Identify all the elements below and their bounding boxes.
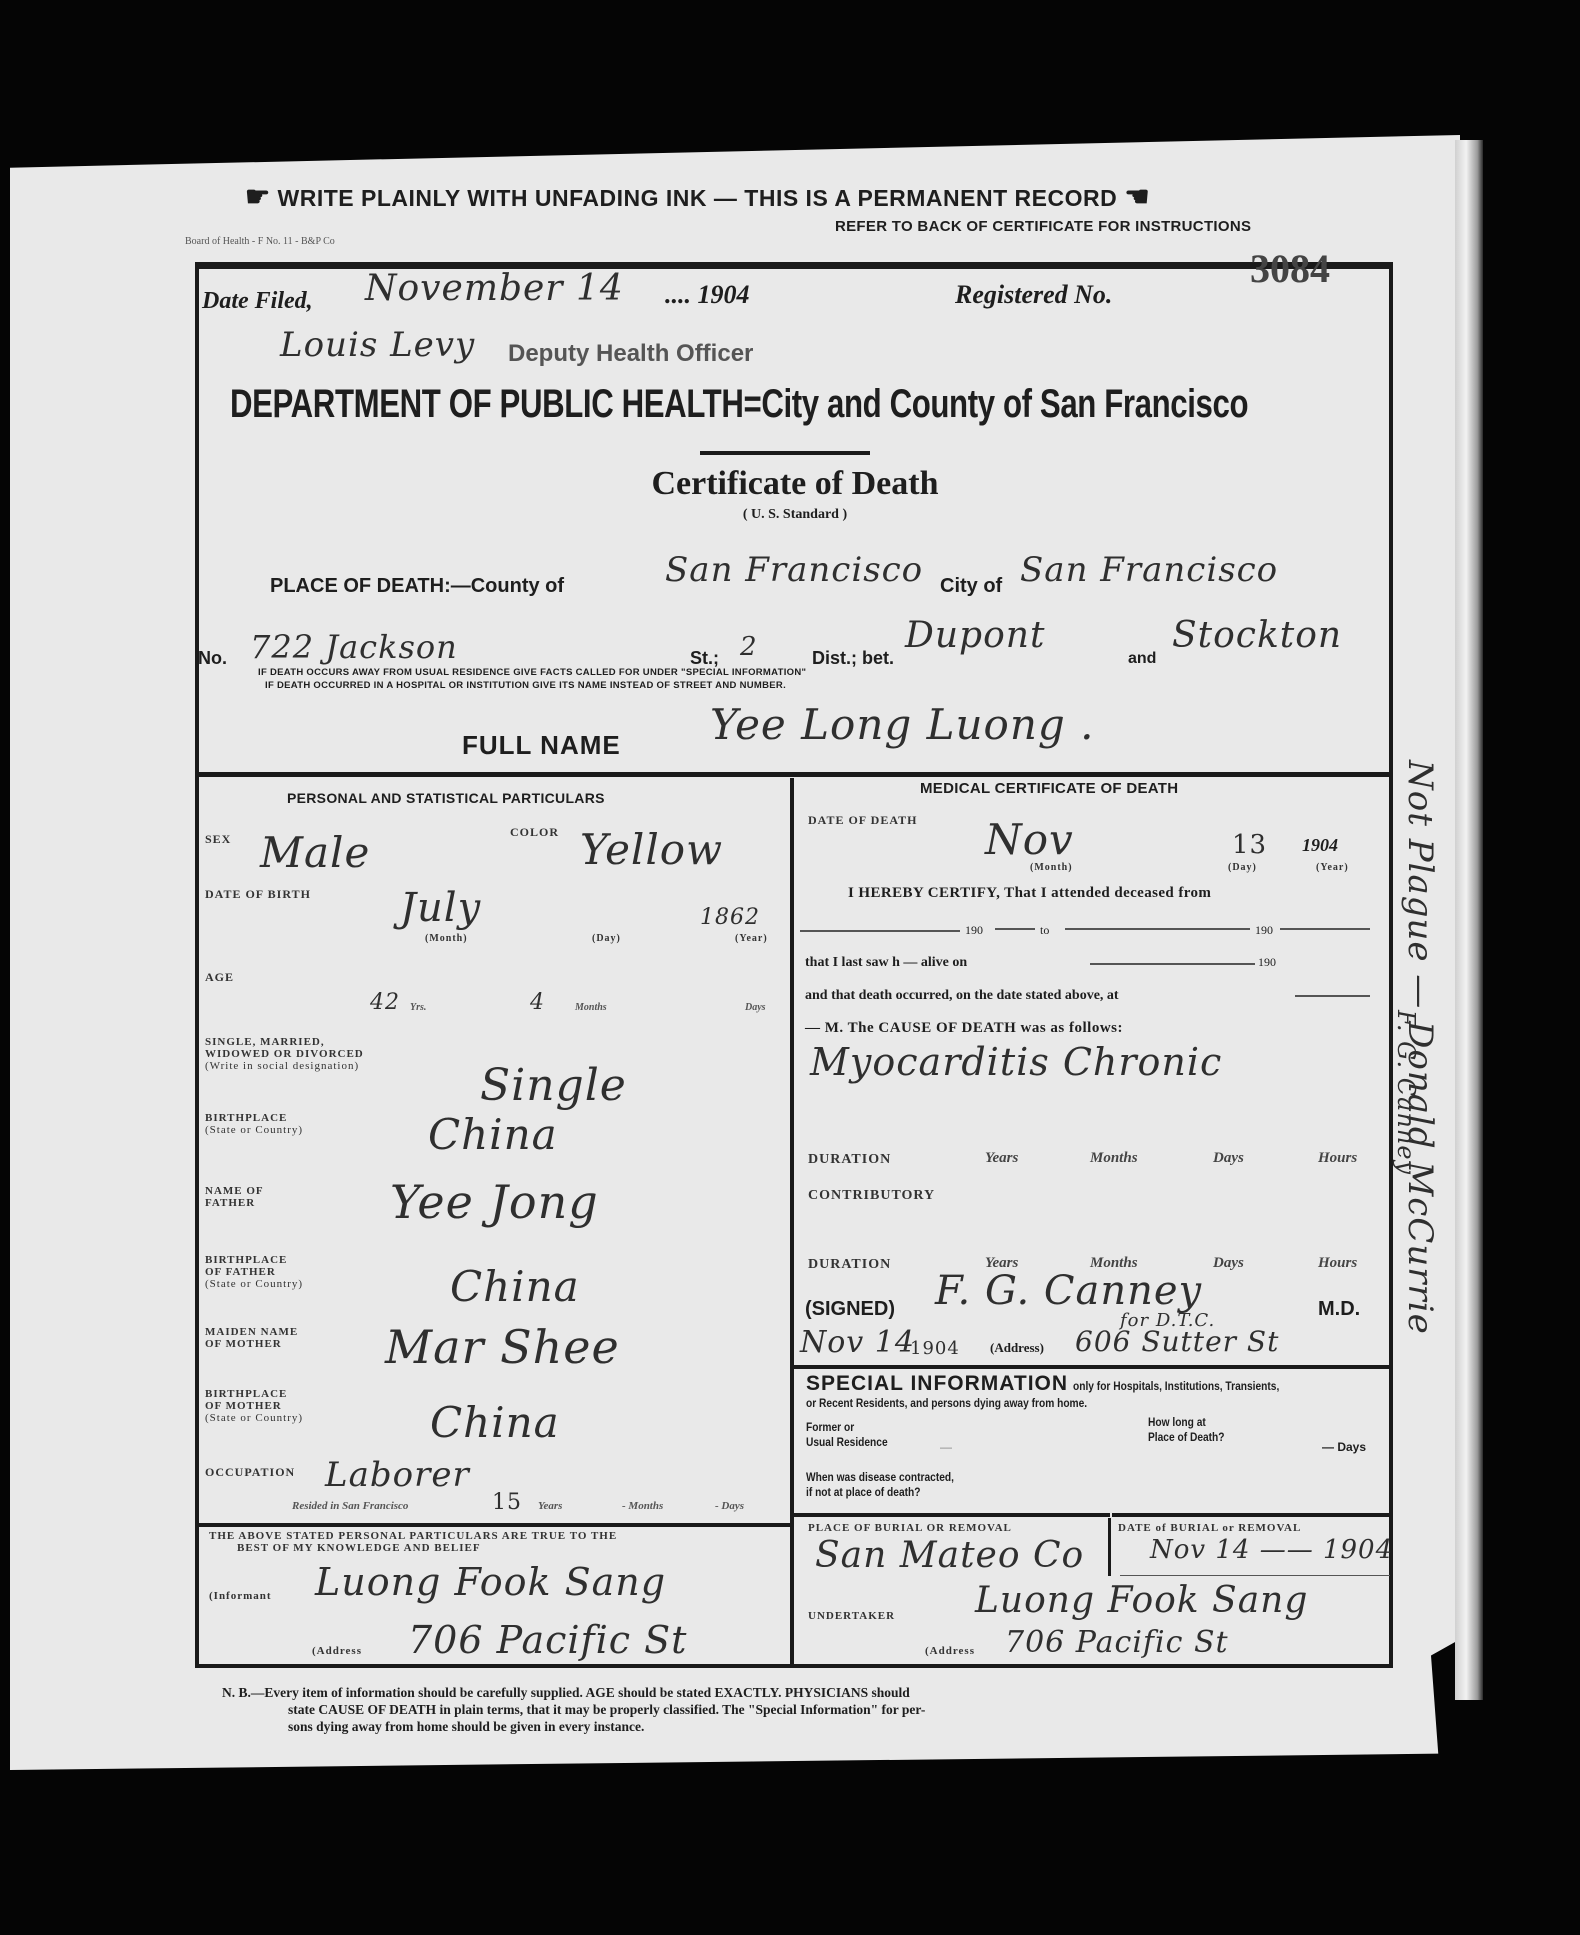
signed-year: 1904 — [910, 1338, 960, 1359]
dob-month-caption: (Month) — [425, 933, 468, 944]
place-of-death-label: PLACE OF DEATH:—County of — [270, 575, 564, 598]
birthplace-value: China — [428, 1110, 558, 1159]
certificate-title: Certificate of Death — [585, 465, 1005, 503]
nb-line: sons dying away from home should be give… — [222, 1718, 925, 1735]
contributory-label: CONTRIBUTORY — [808, 1188, 935, 1204]
date-filed-label: Date Filed, — [202, 288, 313, 315]
color-value: Yellow — [580, 825, 723, 874]
dod-year-caption: (Year) — [1316, 862, 1349, 873]
contributory-days: Days — [1213, 1255, 1244, 1272]
no-label: No. — [198, 648, 227, 669]
undertaker-value: Luong Fook Sang — [975, 1580, 1308, 1621]
mother-bp-label-line: BIRTHPLACE — [205, 1388, 303, 1400]
dob-year-caption: (Year) — [735, 933, 768, 944]
burial-divider — [1108, 1518, 1111, 1576]
marital-label-line: SINGLE, MARRIED, — [205, 1036, 364, 1048]
burial-date-value: Nov 14 —— 1904 — [1150, 1535, 1393, 1565]
age-months: 4 — [530, 990, 545, 1015]
department-name: DEPARTMENT OF PUBLIC HEALTH — [230, 382, 743, 426]
officer-title: Deputy Health Officer — [508, 340, 753, 368]
dod-month-caption: (Month) — [1030, 862, 1073, 873]
burial-date-line — [1120, 1575, 1390, 1576]
medical-heading: MEDICAL CERTIFICATE OF DEATH — [920, 780, 1178, 797]
personal-heading: PERSONAL AND STATISTICAL PARTICULARS — [287, 790, 605, 806]
father-label-line: FATHER — [205, 1197, 264, 1209]
officer-signature: Louis Levy — [280, 325, 475, 365]
dob-year: 1862 — [700, 905, 760, 930]
to-190: 190 — [1255, 923, 1273, 938]
father-bp-label-line: BIRTHPLACE — [205, 1254, 303, 1266]
between-street-1: Dupont — [905, 615, 1045, 656]
nb-footnote: N. B.—Every item of information should b… — [222, 1684, 925, 1735]
contributory-duration-label: DURATION — [808, 1257, 891, 1273]
mother-label-line: MAIDEN NAME — [205, 1326, 298, 1338]
from-to-line — [995, 928, 1035, 930]
mother-birthplace-value: China — [430, 1398, 560, 1447]
signed-label: (SIGNED) — [805, 1298, 895, 1321]
cause-label: — M. The CAUSE OF DEATH was as follows: — [805, 1020, 1123, 1037]
marital-label: SINGLE, MARRIED, WIDOWED OR DIVORCED (Wr… — [205, 1036, 364, 1072]
age-label: AGE — [205, 970, 234, 985]
pointing-hand-icon: ☛ — [245, 181, 271, 212]
full-name-value: Yee Long Luong . — [710, 700, 1094, 749]
informant-label: (Informant — [209, 1590, 272, 1602]
and-label: and — [1128, 650, 1156, 668]
registered-no-label: Registered No. — [955, 280, 1112, 310]
registered-no: 3084 — [1250, 245, 1330, 292]
informant-address-label: (Address — [312, 1645, 362, 1657]
undertaker-label: UNDERTAKER — [808, 1610, 895, 1622]
instructions-note: REFER TO BACK OF CERTIFICATE FOR INSTRUC… — [835, 218, 1251, 235]
undertaker-address-label: (Address — [925, 1645, 975, 1657]
special-info-rule — [794, 1365, 1393, 1369]
father-bp-label-line: OF FATHER — [205, 1266, 303, 1278]
st-label: St.; — [690, 648, 719, 669]
mother-bp-label-line: OF MOTHER — [205, 1400, 303, 1412]
column-divider — [790, 778, 794, 1668]
pointing-hand-icon: ☛ — [1124, 180, 1150, 213]
city-value: San Francisco — [1020, 550, 1278, 590]
sex-value: Male — [260, 828, 370, 877]
occupation-label: OCCUPATION — [205, 1465, 295, 1480]
special-info-subtitle: only for Hospitals, Institutions, Transi… — [1073, 1379, 1279, 1393]
mother-name-value: Mar Shee — [385, 1320, 620, 1374]
to-line — [1065, 928, 1250, 930]
section-rule — [195, 772, 1393, 777]
date-of-death-month: Nov — [985, 815, 1074, 864]
how-long-line: How long at — [1148, 1415, 1225, 1430]
banner: ☛ WRITE PLAINLY WITH UNFADING INK — THIS… — [245, 180, 1150, 213]
from-line — [800, 930, 960, 932]
nb-line: N. B.—Every item of information should b… — [222, 1684, 925, 1701]
last-saw-line — [1090, 963, 1255, 965]
county-value: San Francisco — [665, 550, 923, 590]
banner-text: WRITE PLAINLY WITH UNFADING INK — THIS I… — [278, 185, 1118, 211]
residence-note-2: IF DEATH OCCURRED IN A HOSPITAL OR INSTI… — [265, 680, 786, 691]
street-value: 722 Jackson — [250, 628, 458, 666]
from-190: 190 — [965, 923, 983, 938]
date-of-death-label: DATE OF DEATH — [808, 813, 917, 828]
age-years-caption: Yrs. — [410, 1002, 426, 1013]
dob-day-caption: (Day) — [592, 933, 621, 944]
informant-value: Luong Fook Sang — [315, 1560, 666, 1604]
signed-date: Nov 14 — [800, 1325, 915, 1360]
father-bp-label-line: (State or Country) — [205, 1278, 303, 1290]
date-of-death-year: 1904 — [1302, 835, 1338, 856]
mother-name-label: MAIDEN NAME OF MOTHER — [205, 1326, 298, 1350]
residence-note-1: IF DEATH OCCURS AWAY FROM USUAL RESIDENC… — [258, 667, 806, 678]
jurisdiction-name: City and County of San Francisco — [761, 382, 1248, 426]
between-street-2: Stockton — [1172, 615, 1342, 656]
title-divider — [700, 451, 870, 455]
date-filed-year: .... 1904 — [665, 280, 750, 310]
former-residence-line: Former or — [806, 1420, 888, 1435]
sex-label: SEX — [205, 832, 231, 847]
father-birthplace-value: China — [450, 1262, 580, 1311]
last-saw-statement: that I last saw h — alive on — [805, 955, 967, 971]
color-label: COLOR — [510, 825, 559, 840]
last-saw-190: 190 — [1258, 955, 1276, 970]
paper-edge — [1455, 140, 1483, 1700]
department-title: DEPARTMENT OF PUBLIC HEALTH=City and Cou… — [230, 382, 1248, 427]
full-name-label: FULL NAME — [462, 730, 621, 761]
informant-address-value: 706 Pacific St — [408, 1618, 687, 1662]
informant-statement-line: THE ABOVE STATED PERSONAL PARTICULARS AR… — [209, 1530, 617, 1542]
special-info-heading: SPECIAL INFORMATION only for Hospitals, … — [806, 1372, 1315, 1396]
burial-rule-left — [794, 1513, 1110, 1517]
to-label: to — [1040, 923, 1049, 938]
signed-by: F. G. Canney — [935, 1268, 1202, 1314]
age-months-caption: Months — [575, 1002, 607, 1013]
age-days-caption: Days — [745, 1002, 766, 1013]
former-residence-label: Former or Usual Residence — [806, 1420, 888, 1450]
resided-years-caption: Years — [538, 1500, 562, 1512]
disease-contracted-label: When was disease contracted, if not at p… — [806, 1470, 954, 1500]
resided-days-caption: - Days — [715, 1500, 744, 1512]
informant-statement-line: BEST OF MY KNOWLEDGE AND BELIEF — [209, 1542, 617, 1554]
certify-statement: I HEREBY CERTIFY, That I attended deceas… — [848, 885, 1211, 902]
burial-place-value: San Mateo Co — [815, 1535, 1084, 1576]
how-long-label: How long at Place of Death? — [1148, 1415, 1225, 1445]
age-years: 42 — [370, 990, 400, 1015]
resided-label: Resided in San Francisco — [292, 1500, 408, 1512]
marital-label-line: WIDOWED OR DIVORCED — [205, 1048, 364, 1060]
district-value: 2 — [740, 632, 758, 662]
marital-label-line: (Write in social designation) — [205, 1060, 364, 1072]
duration-hours: Hours — [1318, 1150, 1357, 1167]
occurred-line — [1295, 995, 1370, 997]
dod-day-caption: (Day) — [1228, 862, 1257, 873]
duration-months: Months — [1090, 1150, 1138, 1167]
undertaker-address-value: 706 Pacific St — [1005, 1625, 1229, 1660]
father-label-line: NAME OF — [205, 1185, 264, 1197]
duration-days: Days — [1213, 1150, 1244, 1167]
special-info-title: SPECIAL INFORMATION — [806, 1372, 1068, 1395]
how-long-value: — Days — [1322, 1440, 1366, 1454]
disease-contracted-line: if not at place of death? — [806, 1485, 954, 1500]
how-long-line: Place of Death? — [1148, 1430, 1225, 1445]
date-of-death-day: 13 — [1232, 830, 1267, 860]
occupation-value: Laborer — [325, 1455, 470, 1495]
father-birthplace-label: BIRTHPLACE OF FATHER (State or Country) — [205, 1254, 303, 1290]
standard-note: ( U. S. Standard ) — [685, 507, 905, 523]
former-residence-line: Usual Residence — [806, 1435, 888, 1450]
informant-rule — [199, 1523, 790, 1527]
duration-label: DURATION — [808, 1152, 891, 1168]
dob-label: DATE OF BIRTH — [205, 887, 311, 902]
mother-bp-label-line: (State or Country) — [205, 1412, 303, 1424]
physician-address-label: (Address) — [990, 1340, 1044, 1356]
margin-note-secondary: F. G. Canney — [1392, 1010, 1420, 1175]
mother-birthplace-label: BIRTHPLACE OF MOTHER (State or Country) — [205, 1388, 303, 1424]
father-name-value: Yee Jong — [390, 1175, 599, 1229]
resided-years: 15 — [492, 1490, 522, 1515]
birthplace-label: BIRTHPLACE (State or Country) — [205, 1112, 303, 1136]
father-name-label: NAME OF FATHER — [205, 1185, 264, 1209]
md-label: M.D. — [1318, 1298, 1360, 1321]
physician-address: 606 Sutter St — [1075, 1325, 1279, 1358]
mother-label-line: OF MOTHER — [205, 1338, 298, 1350]
city-label: City of — [940, 575, 1002, 598]
special-info-line-2: or Recent Residents, and persons dying a… — [806, 1396, 1087, 1410]
birthplace-label-line: BIRTHPLACE — [205, 1112, 303, 1124]
title-separator: = — [743, 382, 761, 426]
to-end-line — [1280, 928, 1370, 930]
resided-months-caption: - Months — [622, 1500, 663, 1512]
contributory-hours: Hours — [1318, 1255, 1357, 1272]
marital-value: Single — [480, 1060, 627, 1111]
informant-statement: THE ABOVE STATED PERSONAL PARTICULARS AR… — [209, 1530, 617, 1554]
dist-label: Dist.; bet. — [812, 648, 894, 669]
birthplace-label-line: (State or Country) — [205, 1124, 303, 1136]
printer-line: Board of Health - F No. 11 - B&P Co — [185, 236, 335, 247]
former-residence-value: — — [940, 1440, 952, 1454]
burial-place-label: PLACE OF BURIAL OR REMOVAL — [808, 1522, 1012, 1534]
occurred-statement: and that death occurred, on the date sta… — [805, 988, 1119, 1004]
burial-rule-right — [1112, 1513, 1393, 1517]
duration-years: Years — [985, 1150, 1018, 1167]
date-filed-value: November 14 — [365, 268, 624, 309]
cause-of-death: Myocarditis Chronic — [810, 1040, 1222, 1084]
disease-contracted-line: When was disease contracted, — [806, 1470, 954, 1485]
nb-line: state CAUSE OF DEATH in plain terms, tha… — [222, 1701, 925, 1718]
dob-month: July — [400, 885, 481, 931]
burial-date-label: DATE of BURIAL or REMOVAL — [1118, 1522, 1301, 1534]
